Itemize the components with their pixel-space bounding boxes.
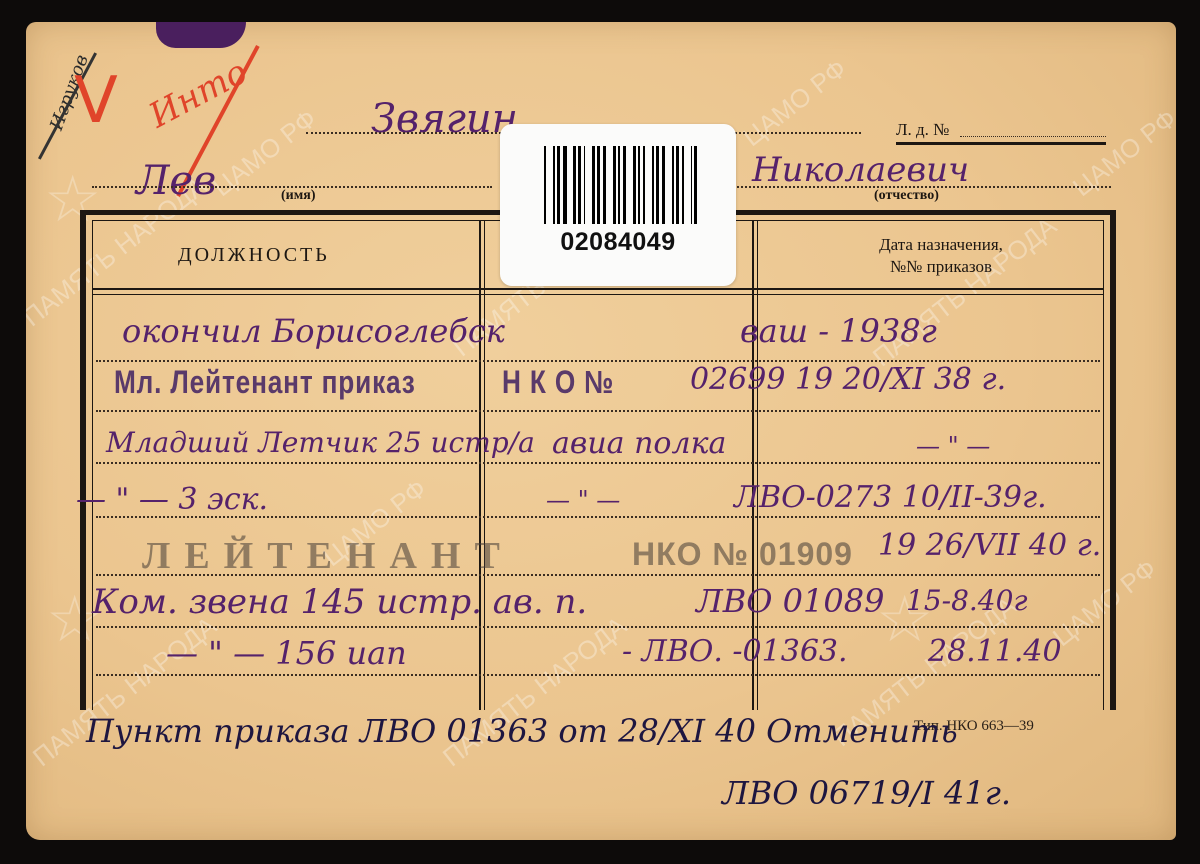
row-line bbox=[96, 410, 1100, 412]
barcode-icon bbox=[544, 146, 700, 224]
record-card: ☆ ПАМЯТЬ НАРОДА ЦАМО РФ ЦАМО РФ ЦАМО РФ … bbox=[26, 22, 1176, 840]
personal-file-underline bbox=[896, 142, 1106, 145]
column-header-position: ДОЛЖНОСТЬ bbox=[178, 244, 330, 267]
table-column-divider-1 bbox=[479, 220, 481, 710]
entry-row-3-unit: авиа полка bbox=[552, 426, 726, 461]
red-note: Инто bbox=[143, 52, 254, 137]
entry-row-2-position: Мл. Лейтенант приказ bbox=[114, 364, 416, 401]
barcode-sticker: 02084049 bbox=[500, 124, 736, 286]
watermark-tsamo: ЦАМО РФ bbox=[737, 53, 853, 153]
entry-row-7-date: 28.11.40 bbox=[928, 634, 1062, 669]
personal-file-label: Л. д. № bbox=[896, 120, 949, 140]
table-header-divider-2 bbox=[92, 294, 1104, 295]
entry-row-4-ditto: — " — bbox=[546, 486, 620, 514]
red-check-mark: V bbox=[74, 64, 118, 138]
entry-row-2-date: 02699 19 20/XI 38 г. bbox=[690, 362, 1006, 397]
entry-row-4-date: ЛВО-0273 10/II-39г. bbox=[734, 480, 1047, 515]
entry-row-1-date: ваш - 1938г bbox=[740, 312, 937, 350]
table-column-divider-1b bbox=[484, 220, 485, 710]
entry-row-7-order: - ЛВО. -01363. bbox=[622, 634, 848, 669]
first-name-caption: (имя) bbox=[281, 188, 316, 204]
surname-field: Звягин bbox=[371, 96, 518, 142]
watermark-tsamo: ЦАМО РФ bbox=[1067, 103, 1176, 203]
entry-row-2-order: Н К О № bbox=[502, 364, 614, 401]
entry-row-1-position: окончил Борисоглебск bbox=[122, 312, 505, 350]
watermark-tsamo: ЦАМО РФ bbox=[1047, 553, 1163, 653]
entry-row-5-order: НКО № 01909 bbox=[632, 536, 853, 573]
patronymic-caption: (отчество) bbox=[874, 188, 939, 204]
row-line bbox=[96, 674, 1100, 676]
entry-row-3-position: Младший Летчик 25 истр/а bbox=[106, 426, 535, 459]
entry-row-5-rank-stamp: ЛЕЙТЕНАНТ bbox=[142, 534, 514, 578]
entry-row-5-date: 19 26/VII 40 г. bbox=[878, 528, 1101, 563]
entry-row-7-position: — " — 156 иап bbox=[166, 634, 407, 672]
entry-row-6-position: Ком. звена 145 истр. ав. п. bbox=[92, 582, 587, 622]
first-name-field: Лев bbox=[136, 158, 216, 204]
footer-note-1: Пункт приказа ЛВО 01363 от 28/XI 40 Отме… bbox=[86, 712, 958, 750]
barcode-number: 02084049 bbox=[500, 228, 736, 257]
personal-file-line bbox=[960, 136, 1106, 137]
footer-note-2: ЛВО 06719/I 41г. bbox=[722, 774, 1011, 812]
patronymic-field: Николаевич bbox=[752, 150, 969, 190]
ink-blot bbox=[156, 22, 246, 48]
entry-row-3-date: — " — bbox=[916, 432, 990, 460]
row-line bbox=[96, 626, 1100, 628]
table-header-divider bbox=[92, 288, 1104, 290]
entry-row-6-date: 15-8.40г bbox=[906, 584, 1028, 617]
entry-row-6-order: ЛВО 01089 bbox=[696, 582, 884, 620]
row-line bbox=[96, 462, 1100, 464]
table-right-border bbox=[1110, 210, 1116, 710]
entry-row-4-position: — " — 3 эск. bbox=[76, 482, 268, 517]
table-left-border bbox=[80, 210, 86, 710]
column-header-date: Дата назначения, №№ приказов bbox=[826, 234, 1056, 278]
